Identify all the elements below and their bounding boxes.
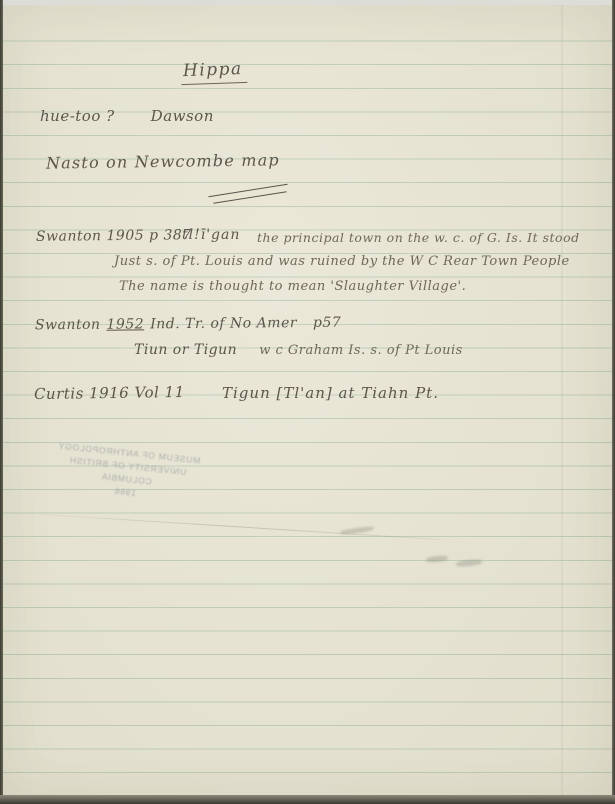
citation-curtis-1916: Curtis 1916 Vol 11 — [34, 383, 185, 403]
inquiry-term: hue-too ? — [40, 107, 115, 125]
note-line: Nasto on Newcombe map — [46, 150, 280, 172]
entry-text-line: Tigun [Tl'an] at Tiahn Pt. — [222, 384, 439, 402]
native-term-swanton-1905: tl!ī'gan — [182, 227, 240, 243]
scan-edge-left — [0, 0, 3, 804]
inquiry-source: Dawson — [151, 107, 214, 125]
entry-text-line: the principal town on the w. c. of G. Is… — [257, 230, 580, 245]
citation-year: 1952 — [106, 316, 144, 332]
native-term-swanton-1952: Tiun or Tigun — [134, 342, 237, 358]
paper-crease-vertical — [561, 4, 563, 797]
scan-edge-top — [0, 0, 615, 5]
page-title: Hippa — [181, 59, 247, 85]
entry-text-line: Just s. of Pt. Louis and was ruined by t… — [114, 254, 570, 269]
scanned-note-page: Hippa hue-too ?Dawson Nasto on Newcombe … — [0, 0, 615, 804]
citation-work: Ind. Tr. of No Amer — [150, 315, 297, 332]
entry-text-line: The name is thought to mean 'Slaughter V… — [119, 279, 466, 294]
citation-page: p57 — [313, 315, 341, 331]
entry-location-text: w c Graham Is. s. of Pt Louis — [259, 343, 463, 358]
citation-swanton-1952: Swanton1952Ind. Tr. of No Amerp57 — [35, 315, 341, 334]
entry-text-line: Tiun or Tigunw c Graham Is. s. of Pt Lou… — [134, 342, 463, 358]
citation-author: Swanton — [35, 317, 101, 334]
citation-swanton-1905: Swanton 1905 p 387 — [36, 227, 192, 245]
scan-edge-bottom — [0, 795, 615, 804]
inquiry-line: hue-too ?Dawson — [40, 107, 214, 125]
